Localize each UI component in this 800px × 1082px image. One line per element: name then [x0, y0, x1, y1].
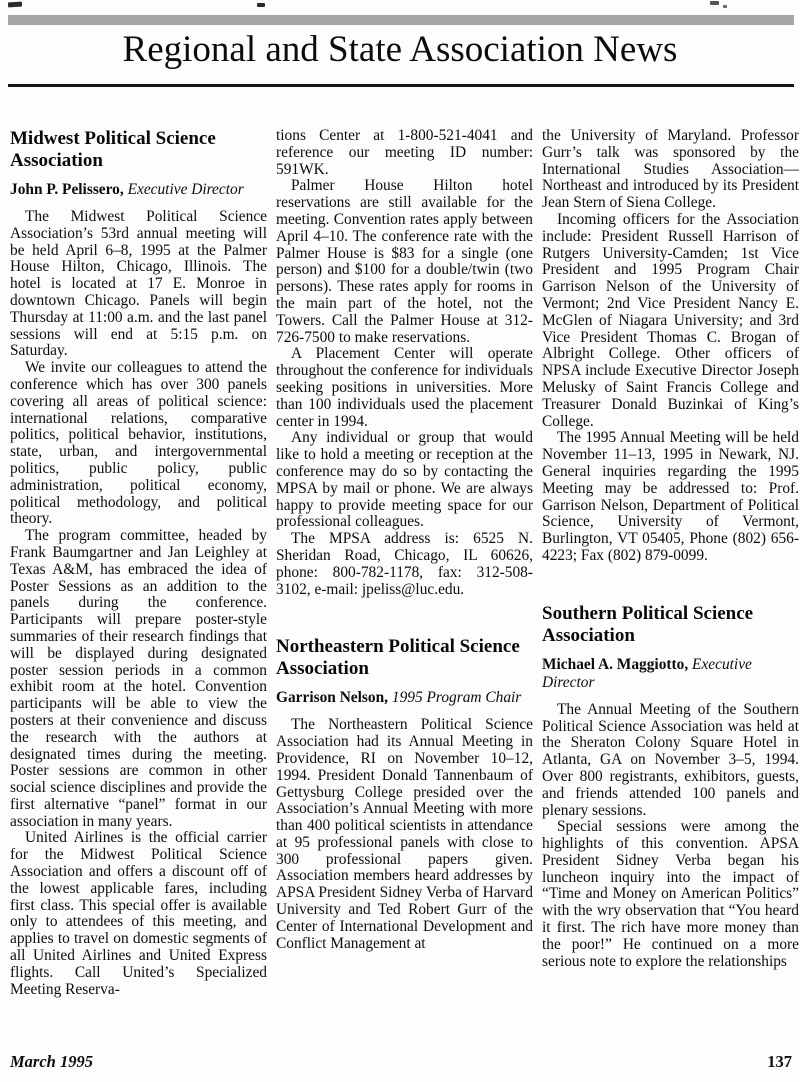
- column-1: Midwest Political Science Association Jo…: [10, 128, 267, 1050]
- scan-speck: [710, 1, 719, 5]
- southern-paragraph-2: Special sessions were among the highligh…: [542, 819, 799, 970]
- midwest-byline-name: John P. Pelissero,: [10, 181, 124, 198]
- column-3: the University of Maryland. Professor Gu…: [542, 128, 799, 1050]
- midwest-paragraph-7: Any individual or group that would like …: [276, 430, 533, 531]
- northeastern-byline: Garrison Nelson, 1995 Program Chair: [276, 689, 533, 707]
- northeastern-byline-role: 1995 Program Chair: [392, 689, 521, 706]
- southern-section-heading: Southern Political Science Association: [542, 603, 799, 647]
- midwest-byline: John P. Pelissero, Executive Director: [10, 181, 267, 199]
- scan-speck: [723, 5, 727, 8]
- southern-byline: Michael A. Maggiotto, Executive Director: [542, 656, 799, 692]
- midwest-paragraph-4-continued: tions Center at 1-800-521-4041 and refer…: [276, 128, 533, 178]
- page-title: Regional and State Association News: [0, 27, 800, 73]
- northeastern-paragraph-1: The Northeastern Political Science Assoc…: [276, 717, 533, 952]
- midwest-paragraph-5: Palmer House Hilton hotel reservations a…: [276, 178, 533, 346]
- footer-page-number: 137: [767, 1052, 792, 1072]
- northeastern-paragraph-3: The 1995 Annual Meeting will be held Nov…: [542, 430, 799, 564]
- northeastern-paragraph-2: Incoming officers for the Association in…: [542, 212, 799, 430]
- scan-speck: [8, 2, 22, 8]
- midwest-paragraph-2: We invite our colleagues to attend the c…: [10, 360, 267, 528]
- column-2: tions Center at 1-800-521-4041 and refer…: [276, 128, 533, 1050]
- scan-speck: [257, 3, 265, 7]
- midwest-paragraph-3: The program committee, headed by Frank B…: [10, 528, 267, 830]
- northeastern-byline-name: Garrison Nelson,: [276, 689, 388, 706]
- midwest-section-heading: Midwest Political Science Association: [10, 128, 267, 172]
- midwest-paragraph-4: United Airlines is the official carrier …: [10, 830, 267, 998]
- three-column-body: Midwest Political Science Association Jo…: [10, 128, 798, 1050]
- page-footer: March 1995 137: [10, 1052, 792, 1072]
- midwest-paragraph-6: A Placement Center will operate througho…: [276, 346, 533, 430]
- header-rule: [8, 84, 794, 87]
- footer-issue-date: March 1995: [10, 1052, 93, 1072]
- southern-paragraph-1: The Annual Meeting of the Southern Polit…: [542, 702, 799, 820]
- midwest-paragraph-8: The MPSA address is: 6525 N. Sheridan Ro…: [276, 531, 533, 598]
- southern-byline-name: Michael A. Maggiotto,: [542, 656, 688, 673]
- northeastern-section-heading: Northeastern Political Science Associati…: [276, 636, 533, 680]
- midwest-byline-role: Executive Director: [128, 181, 244, 198]
- northeastern-paragraph-1-continued: the University of Maryland. Professor Gu…: [542, 128, 799, 212]
- header-gray-bar: [8, 15, 794, 25]
- journal-page: Regional and State Association News Midw…: [0, 0, 800, 1082]
- midwest-paragraph-1: The Midwest Political Science Associatio…: [10, 209, 267, 360]
